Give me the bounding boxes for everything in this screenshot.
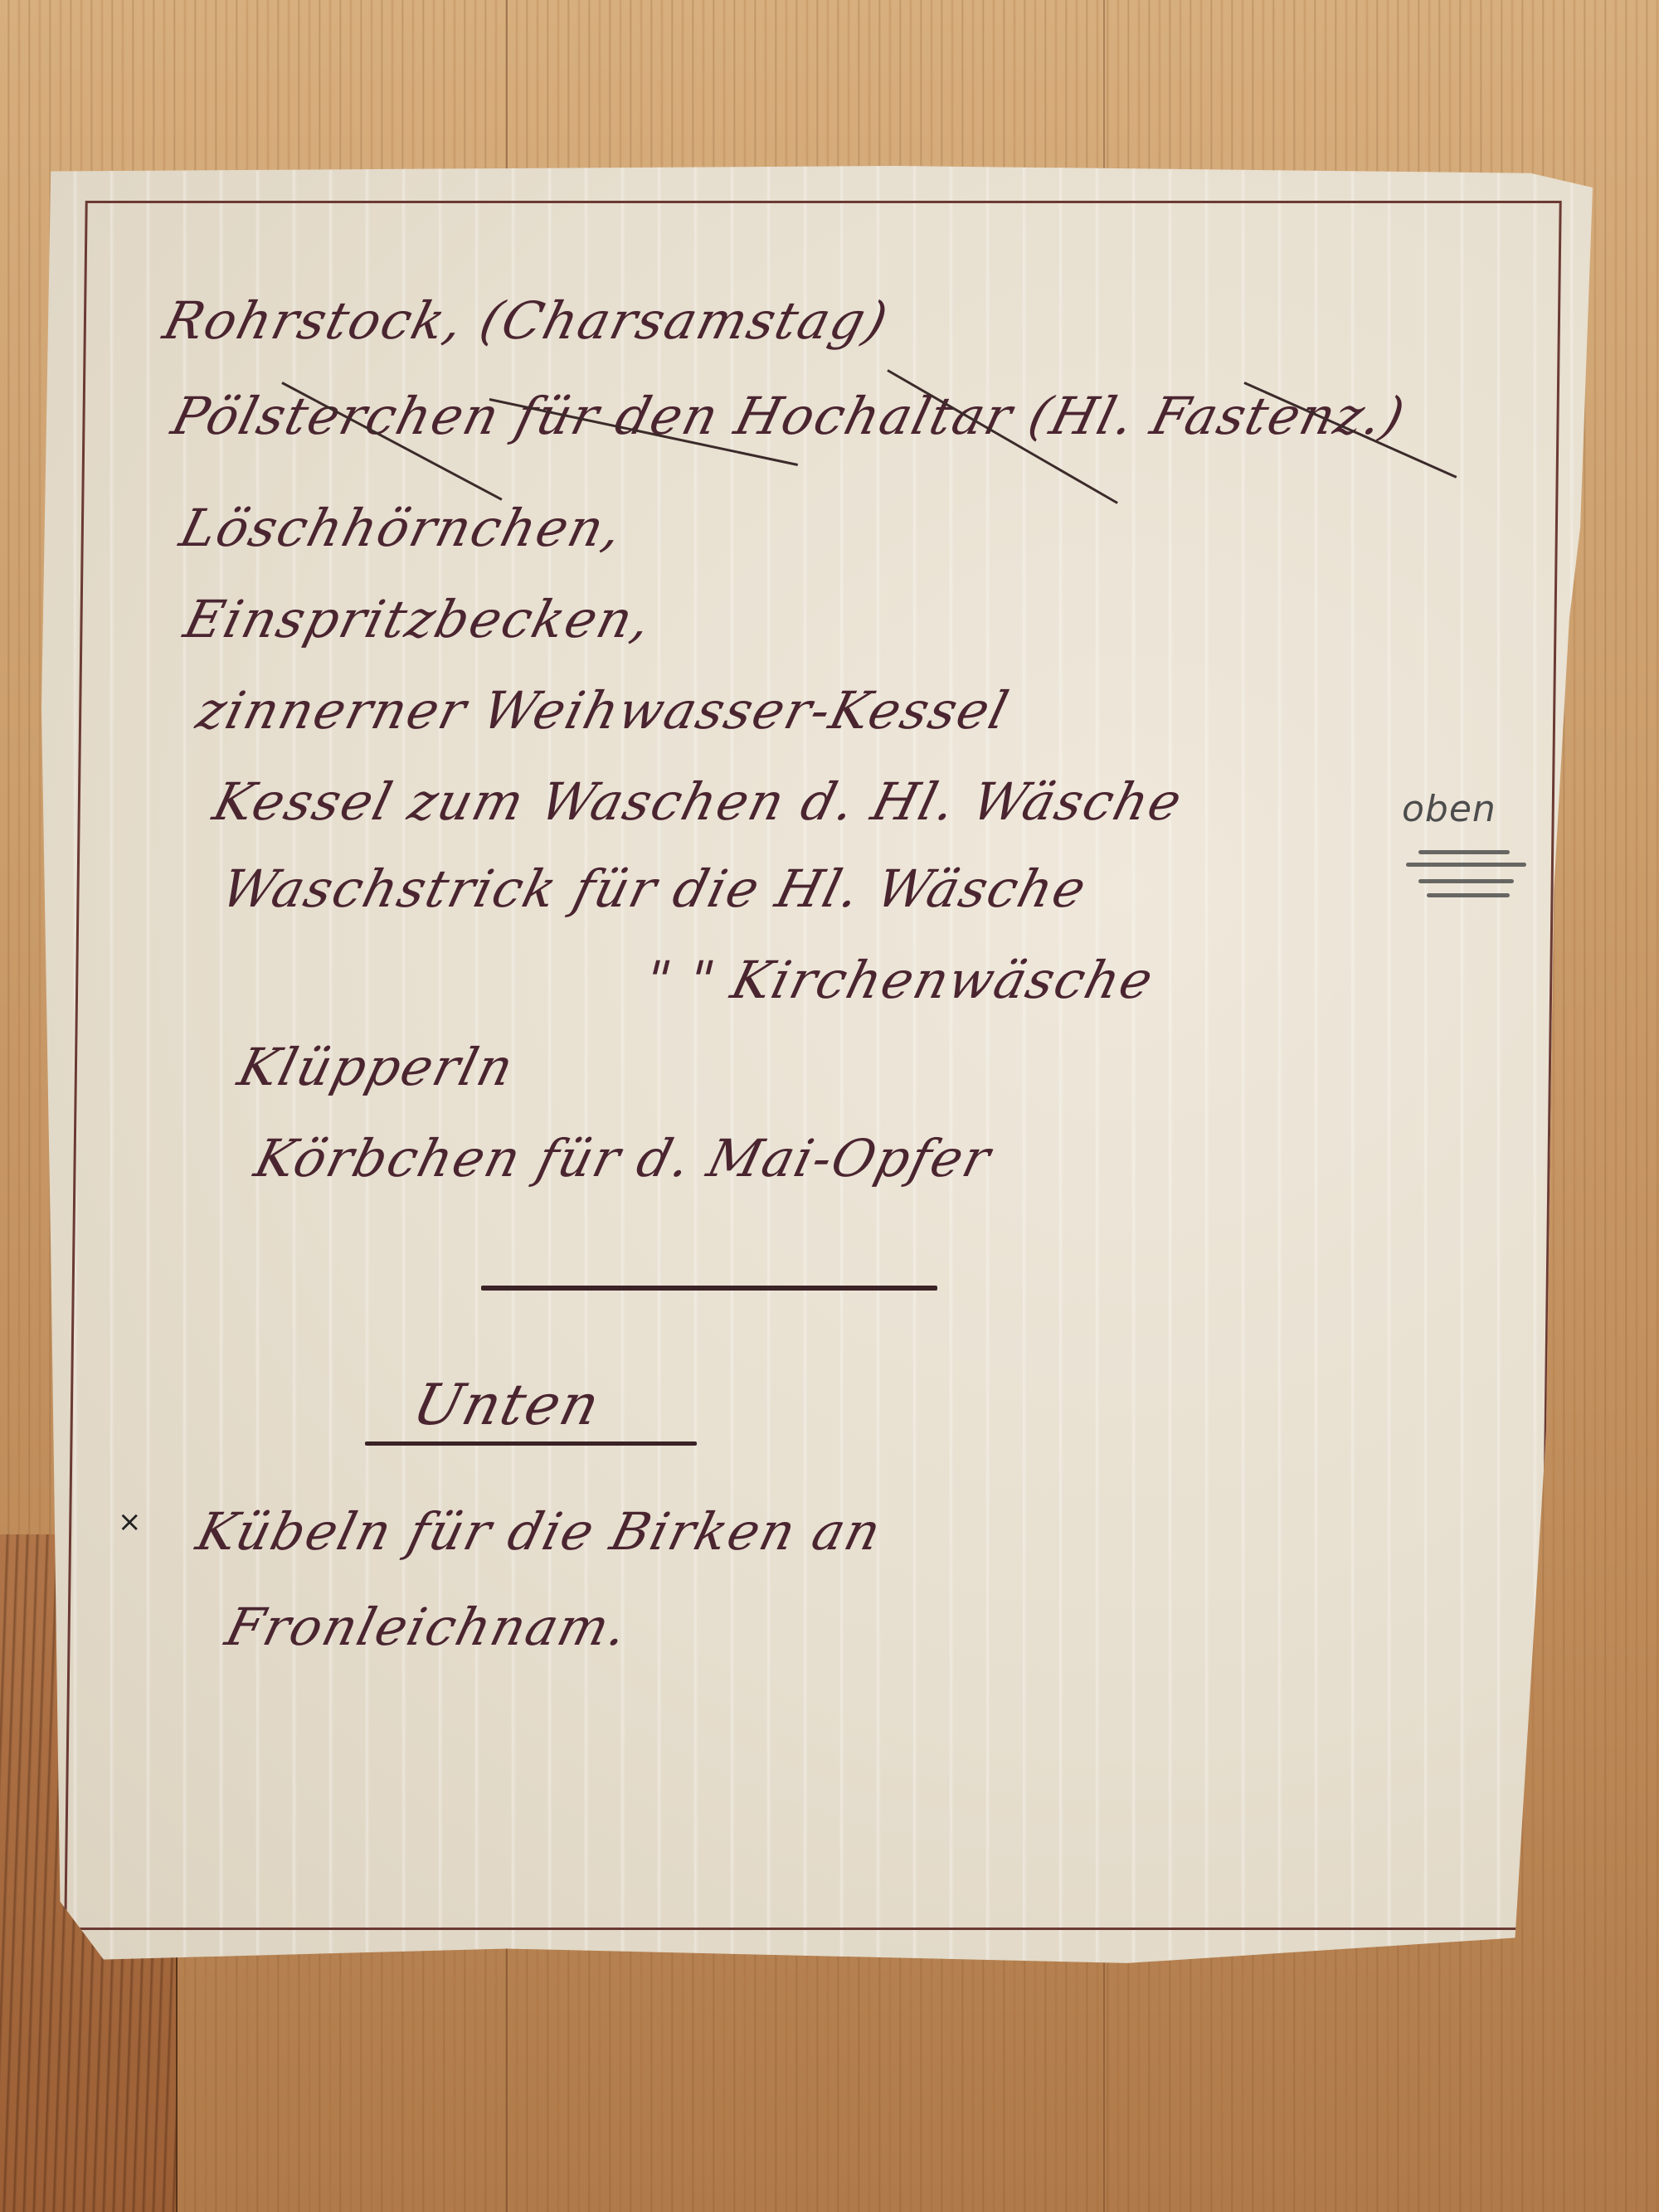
list-line-6: Kessel zum Waschen d. Hl. Wäsche bbox=[207, 771, 1189, 832]
pencil-underline bbox=[1418, 850, 1510, 854]
paper-sheet: Rohrstock, (Charsamstag) Pölsterchen für… bbox=[41, 166, 1593, 1974]
list-line-3: Löschhörnchen, bbox=[174, 498, 630, 558]
list-line-9: Klüpperln bbox=[232, 1037, 521, 1097]
list-line-10: Körbchen für d. Mai-Opfer bbox=[249, 1128, 998, 1189]
lower-line-1: Kübeln für die Birken an bbox=[191, 1501, 888, 1562]
list-line-7: Waschstrick für die Hl. Wäsche bbox=[216, 858, 1093, 919]
pencil-underline bbox=[1406, 863, 1526, 867]
pencil-underline bbox=[1427, 893, 1510, 897]
list-line-4: Einspritzbecken, bbox=[178, 589, 659, 649]
lower-line-2: Fronleichnam. bbox=[220, 1597, 635, 1657]
x-marker: × bbox=[118, 1505, 142, 1539]
list-line-8: " " Kirchenwäsche bbox=[639, 950, 1160, 1010]
heading-underline bbox=[365, 1441, 697, 1446]
pencil-note-oben: oben bbox=[1402, 788, 1496, 830]
section-divider bbox=[481, 1286, 937, 1291]
list-line-2-struck: Pölsterchen für den Hochaltar (Hl. Faste… bbox=[166, 386, 1659, 446]
section-heading-unten: Unten bbox=[406, 1373, 607, 1438]
list-line-5: zinnerner Weihwasser-Kessel bbox=[191, 680, 1015, 741]
pencil-underline bbox=[1418, 879, 1514, 883]
list-line-1: Rohrstock, (Charsamstag) bbox=[158, 290, 895, 351]
struck-text: Pölsterchen für den Hochaltar (Hl. Faste… bbox=[166, 386, 1412, 446]
